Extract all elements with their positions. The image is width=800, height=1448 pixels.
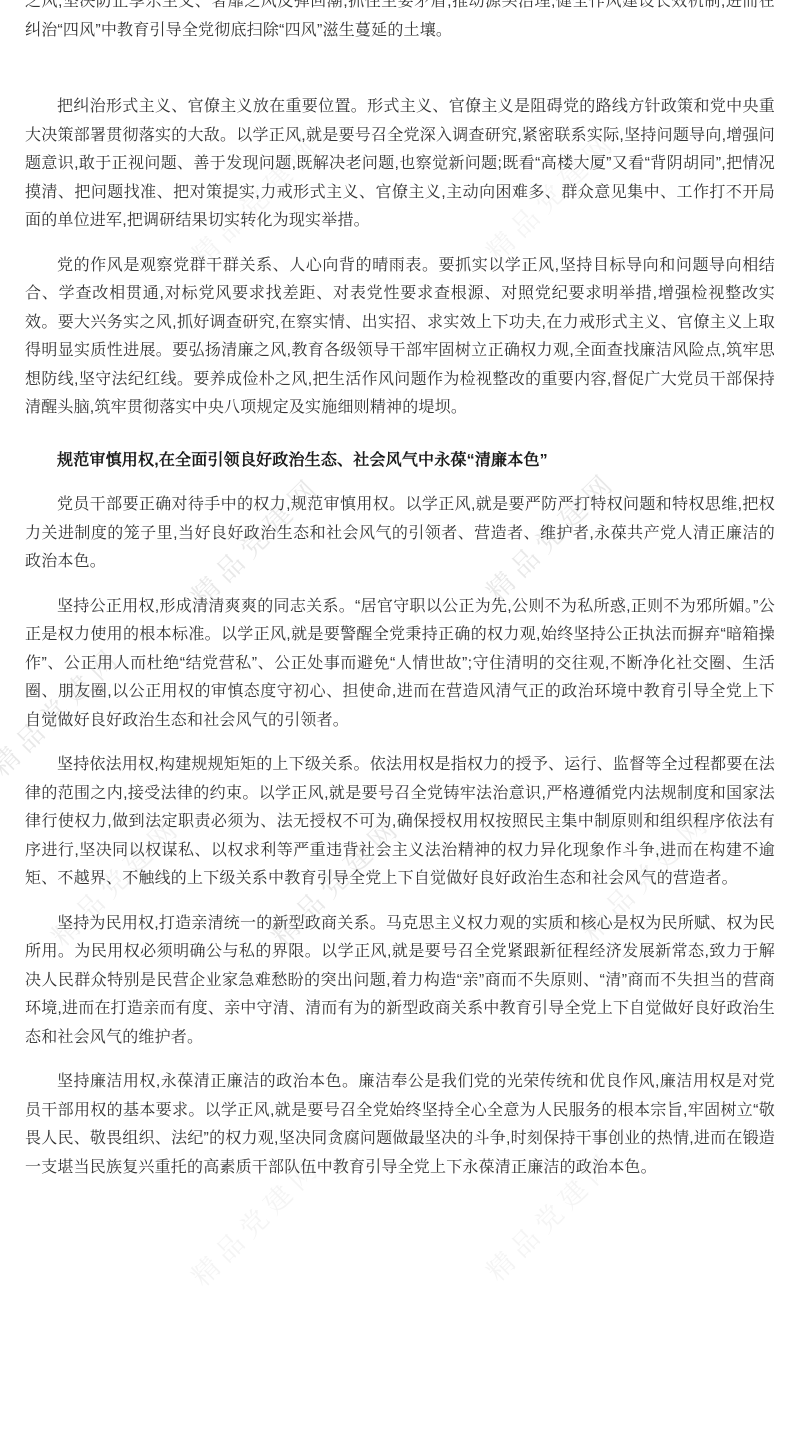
paragraph: 坚持廉洁用权,永葆清正廉洁的政治本色。廉洁奉公是我们党的光荣传统和优良作风,廉洁…	[25, 1068, 775, 1182]
paragraph: 坚持为民用权,打造亲清统一的新型政商关系。马克思主义权力观的实质和核心是权为民所…	[25, 910, 775, 1053]
paragraph: 把纠治形式主义、官僚主义放在重要位置。形式主义、官僚主义是阻碍党的路线方针政策和…	[25, 93, 775, 236]
document-page: 精品党建网 精品党建网 精品党建网 精品党建网 精品党建网 精品党建网 精品党建…	[0, 0, 800, 1448]
paragraph: 坚持依法用权,构建规规矩矩的上下级关系。依法用权是指权力的授予、运行、监督等全过…	[25, 751, 775, 894]
paragraph: 党员干部要正确对待手中的权力,规范审慎用权。以学正风,就是要严防严打特权问题和特…	[25, 491, 775, 577]
paragraph: 坚持公正用权,形成清清爽爽的同志关系。“居官守职以公正为先,公则不为私所惑,正则…	[25, 593, 775, 736]
section-heading: 规范审慎用权,在全面引领良好政治生态、社会风气中永葆“清廉本色”	[25, 447, 775, 476]
paragraph: 党的作风是观察党群干群关系、人心向背的晴雨表。要抓实以学正风,坚持目标导向和问题…	[25, 252, 775, 423]
document-body: 之风,坚决防止享乐主义、奢靡之风反弹回潮,抓住主要矛盾,推动源头治理,健全作风建…	[0, 0, 800, 1182]
paragraph-continued: 之风,坚决防止享乐主义、奢靡之风反弹回潮,抓住主要矛盾,推动源头治理,健全作风建…	[25, 0, 775, 45]
